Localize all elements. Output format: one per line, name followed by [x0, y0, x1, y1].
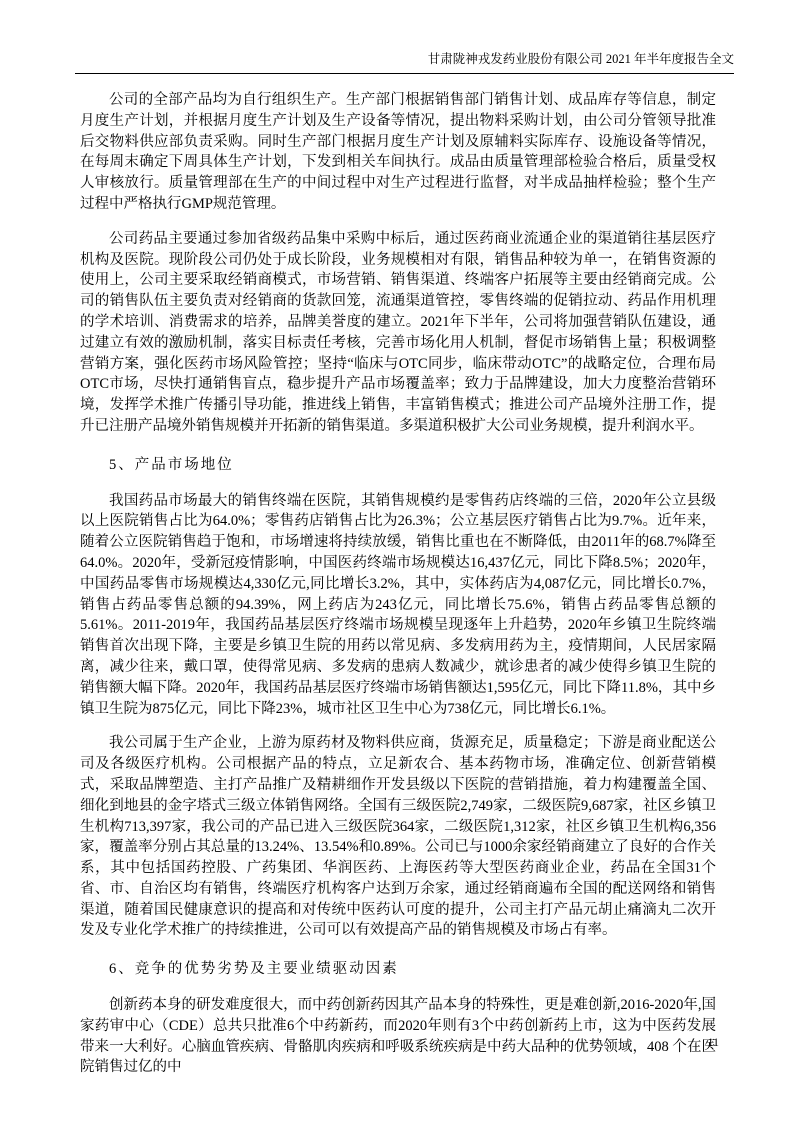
paragraph-company-market-position: 我公司属于生产企业，上游为原药材及物料供应商，货源充足，质量稳定；下游是商业配送… — [80, 733, 716, 941]
paragraph-innovation-drugs: 创新药本身的研发难度很大，而中药创新药因其产品本身的特殊性，更是难创新,2016… — [80, 995, 716, 1078]
heading-competition-drivers: 6、竞争的优势劣势及主要业绩驱动因素 — [80, 959, 716, 980]
page-header: 甘肃陇神戎发药业股份有限公司 2021 年半年度报告全文 — [75, 50, 734, 74]
report-page: 甘肃陇神戎发药业股份有限公司 2021 年半年度报告全文 公司的全部产品均为自行… — [0, 0, 793, 1122]
header-title: 甘肃陇神戎发药业股份有限公司 2021 年半年度报告全文 — [428, 52, 734, 66]
paragraph-sales-model: 公司药品主要通过参加省级药品集中采购中标后，通过医药商业流通企业的渠道销往基层医… — [80, 229, 716, 437]
paragraph-market-terminals: 我国药品市场最大的销售终端在医院，其销售规模约是零售药店终端的三倍，2020年公… — [80, 491, 716, 720]
page-number: 11 — [707, 1034, 719, 1050]
heading-product-market-position: 5、产品市场地位 — [80, 455, 716, 476]
page-body: 公司的全部产品均为自行组织生产。生产部门根据销售部门销售计划、成品库存等信息，制… — [80, 90, 716, 1092]
paragraph-production-process: 公司的全部产品均为自行组织生产。生产部门根据销售部门销售计划、成品库存等信息，制… — [80, 90, 716, 215]
